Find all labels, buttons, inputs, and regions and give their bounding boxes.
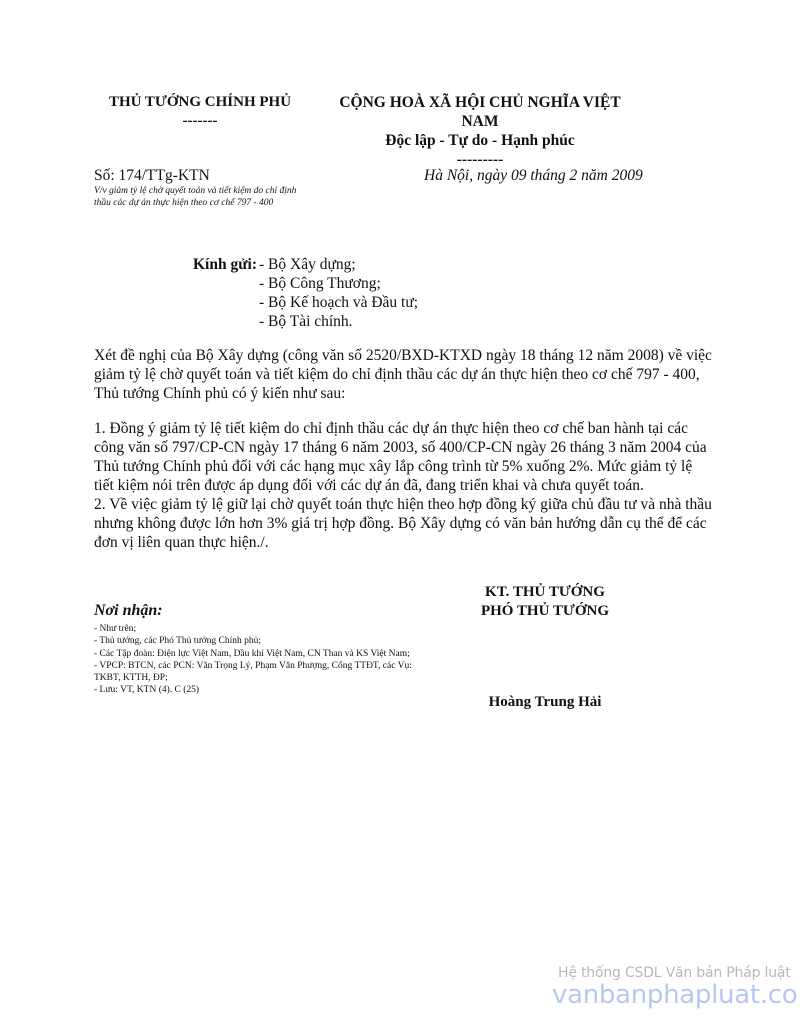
nation-block: CỘNG HOÀ XÃ HỘI CHỦ NGHĨA VIỆT NAM Độc l… bbox=[330, 93, 630, 169]
signer-name: Hoàng Trung Hải bbox=[440, 694, 650, 711]
issuer-divider: ------- bbox=[90, 112, 310, 131]
body-point-1: 1. Đồng ý giảm tỷ lệ tiết kiệm do chỉ đị… bbox=[94, 419, 712, 495]
nation-title-line1: CỘNG HOÀ XÃ HỘI CHỦ NGHĨA VIỆT bbox=[330, 93, 630, 112]
motto: Độc lập - Tự do - Hạnh phúc bbox=[330, 131, 630, 150]
receiver-item: - Lưu: VT, KTN (4). C (25) bbox=[94, 684, 434, 696]
body-point-2: 2. Về việc giảm tỷ lệ giữ lại chờ quyết … bbox=[94, 495, 712, 552]
watermark-site: vanbanphapluat.co bbox=[552, 980, 797, 1010]
watermark-caption: Hệ thống CSDL Văn bản Pháp luật bbox=[558, 965, 791, 981]
issuer-name: THỦ TƯỚNG CHÍNH PHỦ bbox=[90, 93, 310, 112]
body-intro: Xét đề nghị của Bộ Xây dựng (công văn số… bbox=[94, 346, 712, 403]
nation-title-line2: NAM bbox=[330, 112, 630, 131]
receivers-list: - Như trên; - Thủ tướng, các Phó Thủ tướ… bbox=[94, 623, 434, 697]
document-number: Số: 174/TTg-KTN bbox=[94, 167, 210, 185]
recipient-item: - Bộ Công Thương; bbox=[193, 274, 418, 293]
recipients-label: Kính gửi: bbox=[193, 255, 259, 274]
document-subject: V/v giảm tỷ lệ chờ quyết toán và tiết ki… bbox=[94, 186, 314, 209]
receiver-item: - VPCP: BTCN, các PCN: Văn Trọng Lý, Phạ… bbox=[94, 660, 434, 685]
receiver-item: - Thủ tướng, các Phó Thủ tướng Chính phủ… bbox=[94, 635, 434, 647]
receiver-item: - Như trên; bbox=[94, 623, 434, 635]
signature-title-line2: PHÓ THỦ TƯỚNG bbox=[440, 602, 650, 621]
receivers-title: Nơi nhận: bbox=[94, 602, 163, 620]
recipient-item: - Bộ Xây dựng; bbox=[259, 256, 356, 273]
signature-title-line1: KT. THỦ TƯỚNG bbox=[440, 583, 650, 602]
recipients-block: Kính gửi:- Bộ Xây dựng; - Bộ Công Thương… bbox=[193, 255, 418, 331]
signature-block: KT. THỦ TƯỚNG PHÓ THỦ TƯỚNG bbox=[440, 583, 650, 621]
recipient-item: - Bộ Tài chính. bbox=[193, 312, 418, 331]
document-date: Hà Nội, ngày 09 tháng 2 năm 2009 bbox=[424, 167, 643, 185]
issuer-block: THỦ TƯỚNG CHÍNH PHỦ ------- bbox=[90, 93, 310, 131]
recipient-item: - Bộ Kế hoạch và Đầu tư; bbox=[193, 293, 418, 312]
receiver-item: - Các Tập đoàn: Điện lực Việt Nam, Dầu k… bbox=[94, 648, 434, 660]
